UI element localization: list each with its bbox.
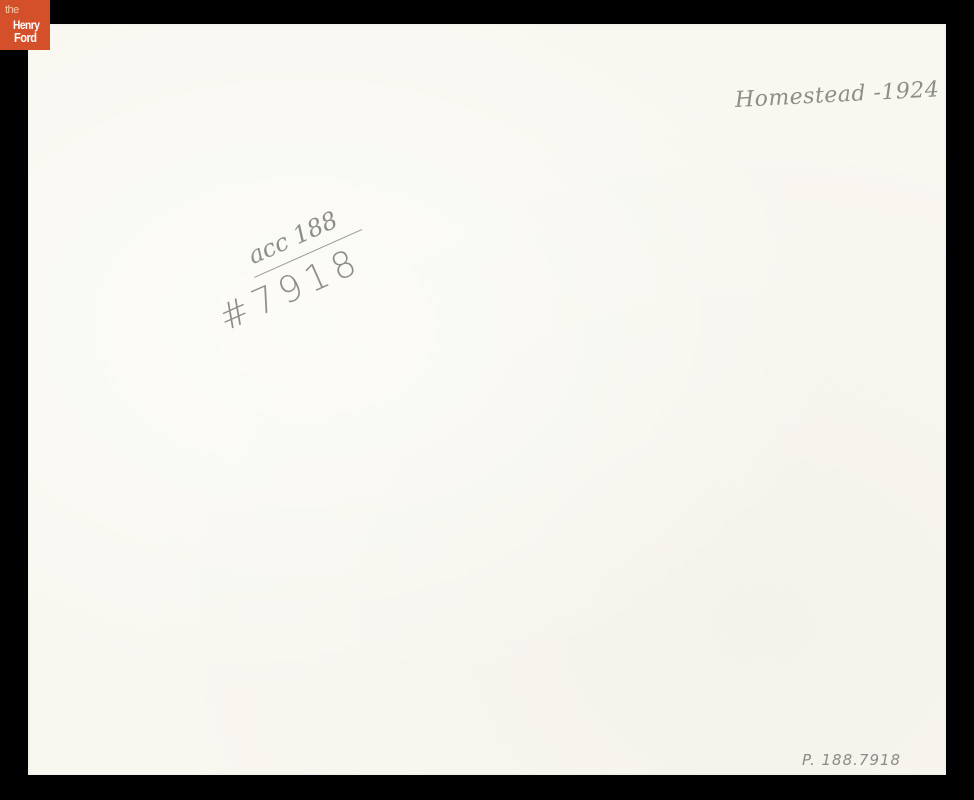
logo-ford-text: Ford: [14, 31, 37, 44]
henry-ford-logo[interactable]: the Henry Ford: [0, 0, 50, 50]
photo-reverse-paper: [28, 24, 946, 775]
handwritten-object-id: P. 188.7918: [802, 751, 901, 769]
logo-the-text: the: [5, 5, 19, 16]
